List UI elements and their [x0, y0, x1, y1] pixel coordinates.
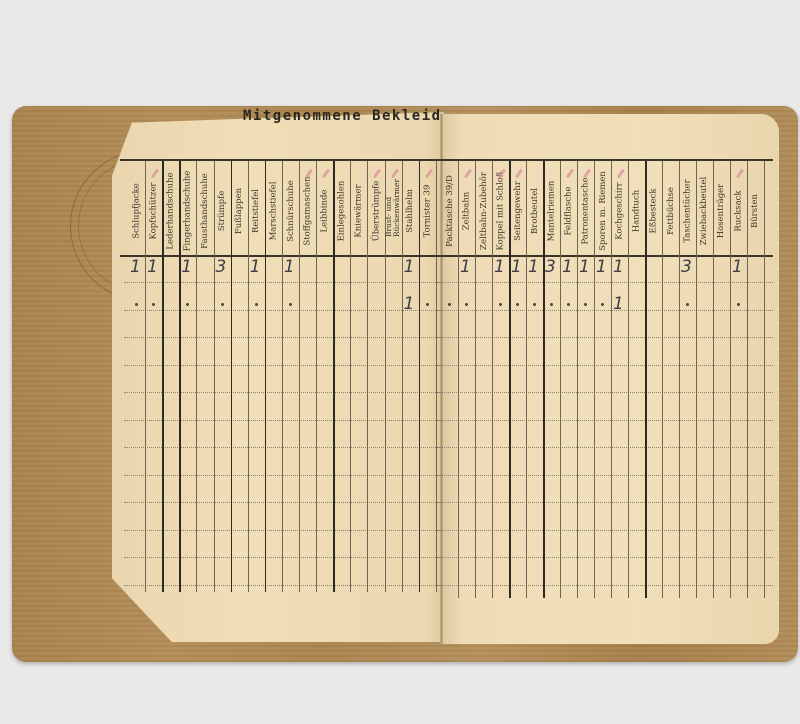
- left_page-row-divider: [124, 420, 442, 421]
- column-header-label: Reitstiefel: [251, 189, 261, 233]
- column-header-label: Schlupfjacke: [132, 183, 142, 238]
- column-header: Eßbesteck: [646, 165, 662, 251]
- column-header-label: Mantelriemen: [547, 181, 557, 242]
- column-header-label: Zeltbahn: [462, 192, 472, 231]
- column-header-label: Zwiebackbeutel: [700, 177, 710, 245]
- quantity-row1: 1: [404, 259, 415, 276]
- column-header-label: Leibbinde: [320, 190, 330, 233]
- column-header: Mantelriemen: [544, 165, 560, 251]
- tally-dot-icon: [737, 303, 740, 306]
- tally-dot-icon: [686, 303, 689, 306]
- tally-dot-icon: [567, 303, 570, 306]
- column-header: Packtasche 39/D: [442, 165, 458, 251]
- column-header-label: Marschstiefel: [268, 182, 278, 241]
- right_page-row-divider: [437, 282, 773, 283]
- tally-dot-icon: [426, 303, 429, 306]
- column-header-label: Rucksack: [734, 190, 744, 231]
- left_page-row-divider: [124, 310, 442, 311]
- column-header: Schnürschuhe: [282, 165, 298, 251]
- right_page-row-divider: [437, 557, 773, 558]
- column-header: Strümpfe: [214, 165, 230, 251]
- tally-dot-icon: [601, 303, 604, 306]
- column-header: Sporen m. Riemen: [595, 165, 611, 251]
- column-header: Zeltbahn-Zubehör: [476, 165, 492, 251]
- column-header: Brotbeutel: [527, 165, 543, 251]
- tally-dot-icon: [255, 303, 258, 306]
- column-header: Fettbüchse: [663, 165, 679, 251]
- column-header-label: Fingerhandschuhe: [183, 171, 193, 252]
- quantity-row1: 1: [494, 259, 505, 276]
- tally-dot-icon: [465, 303, 468, 306]
- right_page-top-rule: [433, 159, 773, 161]
- left_page-row-divider: [124, 337, 442, 338]
- column-header: Kniewärmer: [351, 165, 367, 251]
- column-header: Reitstiefel: [248, 165, 264, 251]
- column-header-label: Eßbesteck: [649, 188, 659, 233]
- column-header: Überstrümpfe: [368, 165, 384, 251]
- column-header: Fausthandschuhe: [197, 165, 213, 251]
- column-header-label: Hosenträger: [717, 184, 727, 238]
- column-header-label: Kopfschützer: [149, 183, 159, 240]
- tally-dot-icon: [221, 303, 224, 306]
- quantity-row1: 1: [562, 259, 573, 276]
- left_page-row-divider: [124, 282, 442, 283]
- column-header-label: Taschentücher: [683, 179, 693, 242]
- left_page-row-divider: [124, 475, 442, 476]
- column-header-label: Brust- und Rückenwärmer: [385, 179, 401, 237]
- right_page-row-divider: [437, 392, 773, 393]
- column-header-label: Fausthandschuhe: [200, 173, 210, 249]
- right_page-row-divider: [437, 475, 773, 476]
- quantity-row1: 1: [181, 259, 192, 276]
- left_page-row-divider: [124, 502, 442, 503]
- quantity-row1: 1: [579, 259, 590, 276]
- column-header: Hosenträger: [714, 165, 730, 251]
- column-header: Fingerhandschuhe: [180, 165, 196, 251]
- column-header: Zwiebackbeutel: [697, 165, 713, 251]
- column-header-label: Schnürschuhe: [285, 180, 295, 242]
- column-header-label: Brotbeutel: [530, 188, 540, 234]
- quantity-row1: 1: [460, 259, 471, 276]
- right_page-row-divider: [437, 420, 773, 421]
- column-header-label: Patronentasche: [581, 177, 591, 244]
- right_page-row-divider: [437, 337, 773, 338]
- column-header-label: Stahlhelm: [405, 189, 415, 233]
- right_page-row-divider: [437, 502, 773, 503]
- column-header-label: Zeltbahn-Zubehör: [479, 172, 489, 250]
- right_page-row-divider: [437, 530, 773, 531]
- tally-dot-icon: [516, 303, 519, 306]
- left_page-row-divider: [124, 447, 442, 448]
- column-header-label: Stoffgamaschen: [303, 176, 313, 245]
- tally-dot-icon: [448, 303, 451, 306]
- page-title: Mitgenommene Bekleid: [243, 108, 442, 124]
- column-header-label: Feldflasche: [564, 187, 574, 236]
- column-header-label: Handtuch: [632, 190, 642, 233]
- left_page-row-divider: [124, 585, 442, 586]
- quantity-row1: 1: [147, 259, 158, 276]
- column-divider: [436, 161, 437, 592]
- column-header: Stahlhelm: [402, 165, 418, 251]
- quantity-row1: 1: [250, 259, 261, 276]
- left_page-row-divider: [124, 530, 442, 531]
- right_page-row-divider: [437, 447, 773, 448]
- quantity-row2: 1: [404, 296, 415, 313]
- column-header: Einlegesohlen: [334, 165, 350, 251]
- column-header-label: Tornister 39: [422, 185, 432, 238]
- quantity-row1: 1: [613, 259, 624, 276]
- column-header-label: Lederhandschuhe: [166, 172, 176, 249]
- quantity-row1: 1: [130, 259, 141, 276]
- column-header-label: Fußlappen: [234, 188, 244, 234]
- column-header: Fußlappen: [231, 165, 247, 251]
- tally-dot-icon: [550, 303, 553, 306]
- column-header: Marschstiefel: [265, 165, 281, 251]
- quantity-row1: 3: [545, 259, 556, 276]
- column-header-label: Bürsten: [751, 194, 761, 228]
- column-header-label: Einlegesohlen: [337, 181, 347, 242]
- column-header-label: Überstrümpfe: [371, 181, 381, 242]
- column-divider: [764, 161, 765, 598]
- quantity-row1: 3: [681, 259, 692, 276]
- column-header-label: Kniewärmer: [354, 184, 364, 237]
- quantity-row2: 1: [613, 296, 624, 313]
- quantity-row1: 1: [596, 259, 607, 276]
- column-header-label: Seitengewehr: [513, 181, 523, 241]
- column-header-label: Sporen m. Riemen: [598, 171, 608, 251]
- right_page-row-divider: [437, 365, 773, 366]
- column-header-label: Kochgeschirr: [615, 182, 625, 239]
- column-header-label: Koppel mit Schloß: [496, 171, 506, 250]
- left_page-row-divider: [124, 557, 442, 558]
- tally-dot-icon: [499, 303, 502, 306]
- column-header: Lederhandschuhe: [163, 165, 179, 251]
- quantity-row1: 1: [511, 259, 522, 276]
- column-header: Bürsten: [748, 165, 764, 251]
- quantity-row1: 1: [732, 259, 743, 276]
- right_page-row-divider: [437, 310, 773, 311]
- quantity-row1: 1: [528, 259, 539, 276]
- column-header-label: Packtasche 39/D: [445, 175, 455, 247]
- column-header: Taschentücher: [680, 165, 696, 251]
- column-header: Handtuch: [629, 165, 645, 251]
- quantity-row1: 3: [216, 259, 227, 276]
- column-header: Schlupfjacke: [129, 165, 145, 251]
- quantity-row1: 1: [284, 259, 295, 276]
- left_page-row-divider: [124, 392, 442, 393]
- column-header-label: Strümpfe: [217, 191, 227, 231]
- left_page-row-divider: [124, 365, 442, 366]
- tally-dot-icon: [533, 303, 536, 306]
- column-header-label: Fettbüchse: [666, 187, 676, 235]
- tally-dot-icon: [289, 303, 292, 306]
- right_page-row-divider: [437, 585, 773, 586]
- tally-dot-icon: [135, 303, 138, 306]
- tally-dot-icon: [584, 303, 587, 306]
